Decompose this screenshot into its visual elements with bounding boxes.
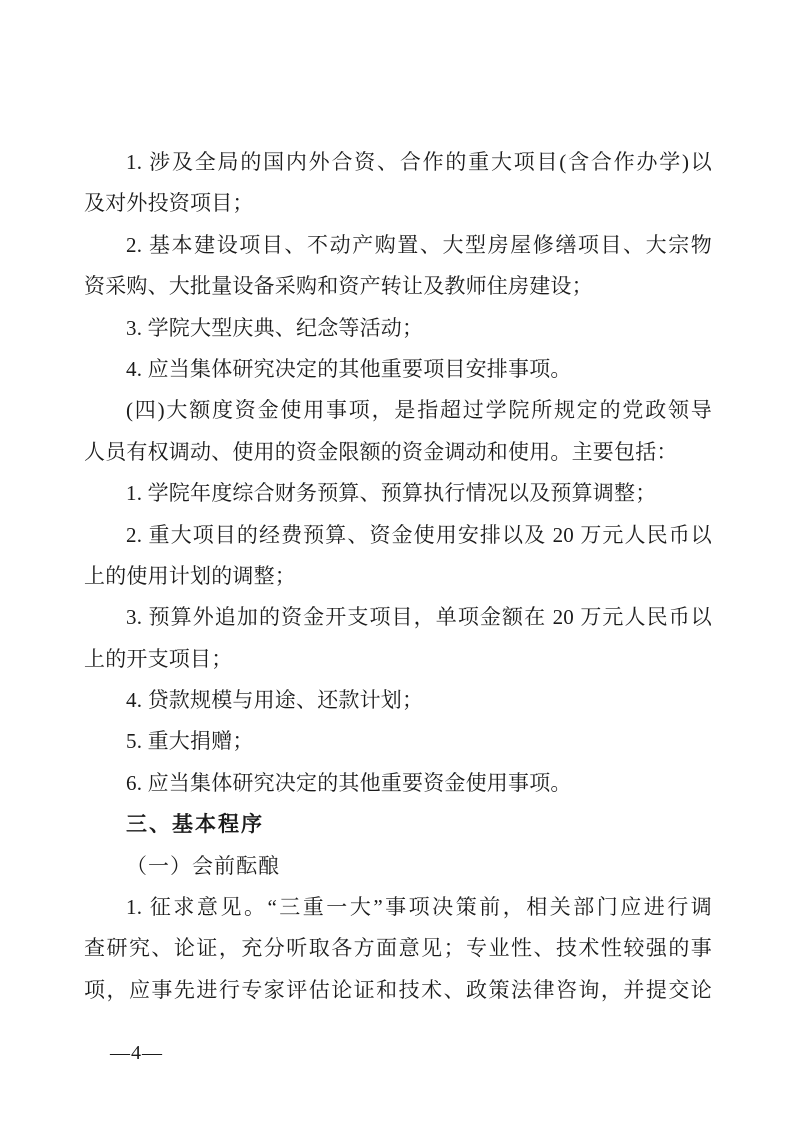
- body-line: 1. 征求意见。“三重一大”事项决策前，相关部门应进行调: [84, 887, 712, 928]
- body-line: 人员有权调动、使用的资金限额的资金调动和使用。主要包括：: [84, 432, 712, 473]
- body-line: 3. 预算外追加的资金开支项目，单项金额在 20 万元人民币以: [84, 597, 712, 638]
- body-line: 2. 重大项目的经费预算、资金使用安排以及 20 万元人民币以: [84, 515, 712, 556]
- body-line: 及对外投资项目；: [84, 183, 712, 224]
- document-page: 1. 涉及全局的国内外合资、合作的重大项目(含合作办学)以 及对外投资项目； 2…: [0, 0, 793, 1122]
- body-line: 2. 基本建设项目、不动产购置、大型房屋修缮项目、大宗物: [84, 225, 712, 266]
- section-heading: 三、基本程序: [84, 804, 712, 845]
- body-line: 1. 涉及全局的国内外合资、合作的重大项目(含合作办学)以: [84, 142, 712, 183]
- body-line: 4. 贷款规模与用途、还款计划；: [84, 680, 712, 721]
- body-line: 3. 学院大型庆典、纪念等活动；: [84, 308, 712, 349]
- body-line: 4. 应当集体研究决定的其他重要项目安排事项。: [84, 349, 712, 390]
- subsection-heading: （一）会前酝酿: [84, 846, 712, 887]
- body-line: 1. 学院年度综合财务预算、预算执行情况以及预算调整；: [84, 473, 712, 514]
- document-body: 1. 涉及全局的国内外合资、合作的重大项目(含合作办学)以 及对外投资项目； 2…: [84, 142, 712, 1011]
- body-line: 6. 应当集体研究决定的其他重要资金使用事项。: [84, 763, 712, 804]
- body-line: (四)大额度资金使用事项，是指超过学院所规定的党政领导: [84, 390, 712, 431]
- body-line: 5. 重大捐赠；: [84, 721, 712, 762]
- body-line: 资采购、大批量设备采购和资产转让及教师住房建设；: [84, 266, 712, 307]
- body-line: 上的开支项目；: [84, 639, 712, 680]
- body-line: 项，应事先进行专家评估论证和技术、政策法律咨询，并提交论: [84, 970, 712, 1011]
- page-number: —4—: [110, 1042, 163, 1064]
- body-line: 查研究、论证，充分听取各方面意见；专业性、技术性较强的事: [84, 928, 712, 969]
- body-line: 上的使用计划的调整；: [84, 556, 712, 597]
